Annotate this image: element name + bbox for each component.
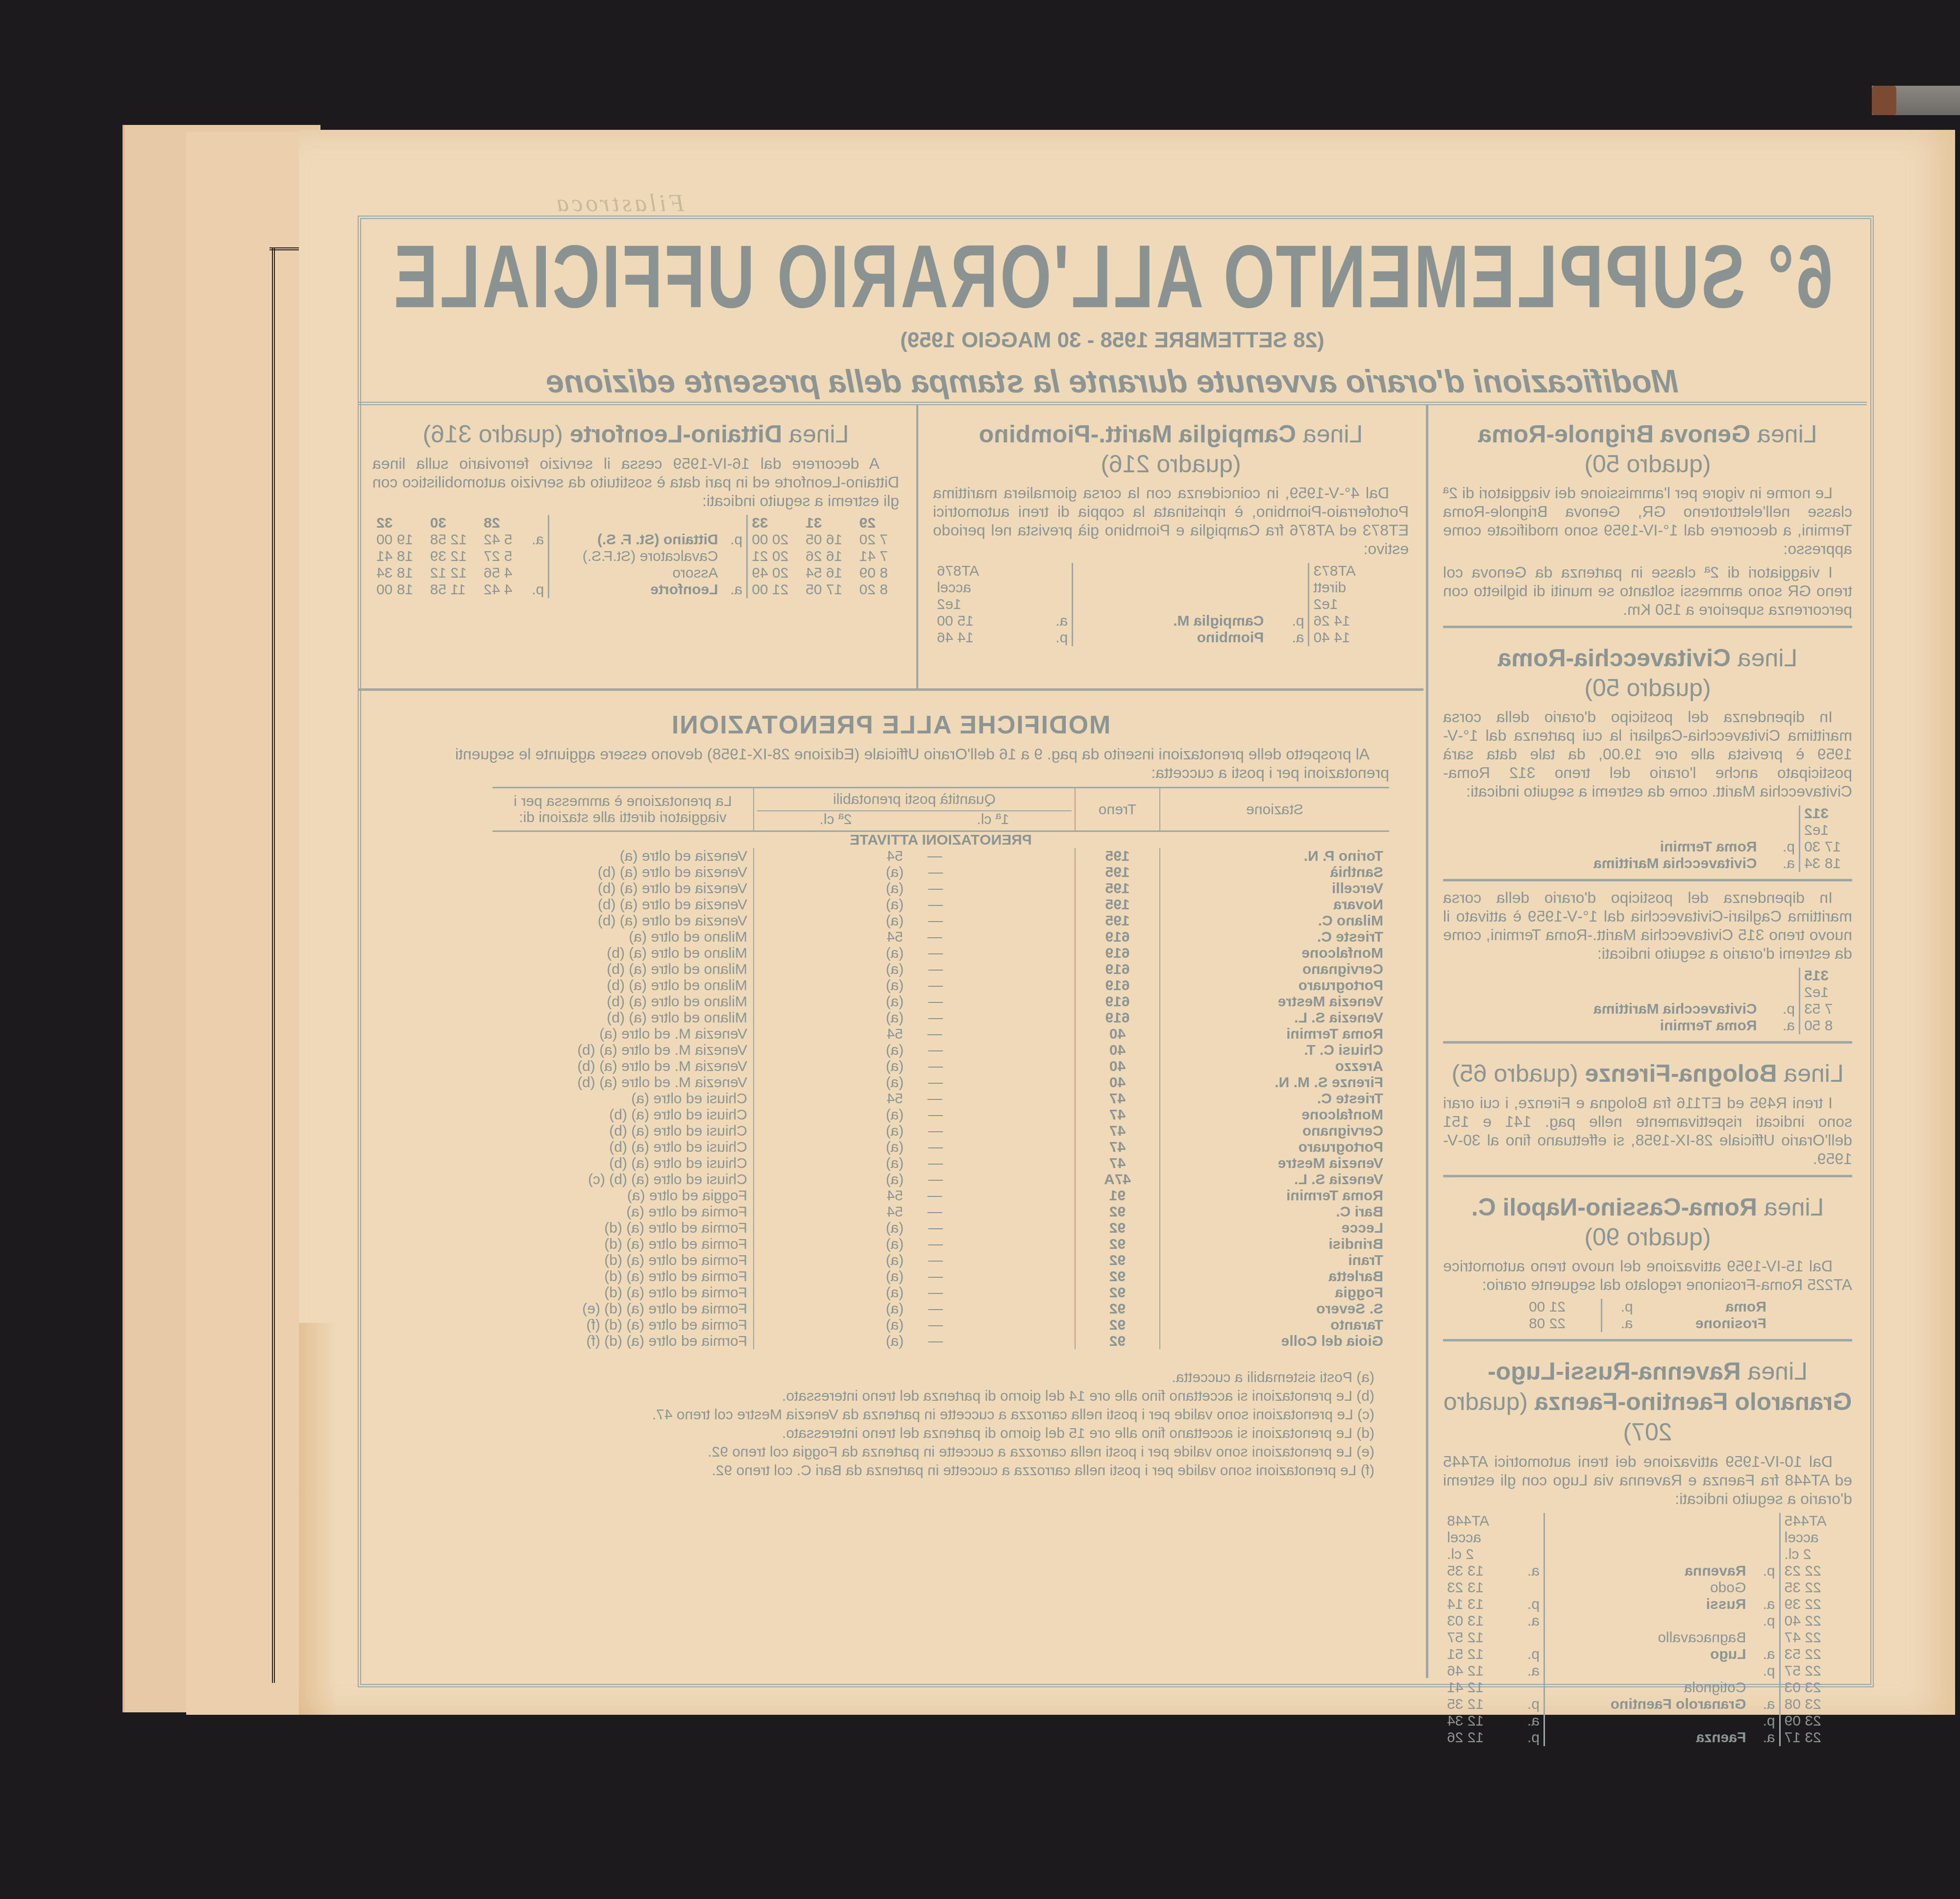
cell-train: 195 xyxy=(1075,913,1160,929)
paragraph: In dipendenza del posticipo d'orario del… xyxy=(1443,707,1852,801)
cell-station: Novara xyxy=(1160,897,1389,913)
cell-2nd-class: (a) xyxy=(886,1171,904,1188)
cell-destination: Venezia M. ed oltre (a) xyxy=(492,1026,754,1042)
cell-train: 47 xyxy=(1075,1107,1160,1123)
quadro-label: (quadro 50) xyxy=(1443,673,1852,703)
page-subtitle: Modificazioni d'orario avvenute durante … xyxy=(358,363,1867,400)
table-row: Torino P. N. 195 — 54 Venezia ed oltre (… xyxy=(492,848,1389,864)
cell-1st-class: — xyxy=(928,1091,942,1107)
cell-2nd-class: (a) xyxy=(886,1058,904,1074)
cell-2nd-class: 54 xyxy=(886,1188,903,1204)
quadro-label: (quadro 50) xyxy=(1443,449,1852,479)
cell-station: Cervignano xyxy=(1160,961,1389,977)
table-row: Cervignano 47 — (a) Chiusi ed oltre (a) … xyxy=(492,1123,1389,1139)
table-row: Trieste C. 619 — 54 Milano ed oltre (a) xyxy=(492,929,1389,945)
footnote: (a) Posti sistemabili a cuccetta. xyxy=(392,1369,1389,1387)
book-tab xyxy=(1872,86,1896,115)
cell-2nd-class: (a) xyxy=(886,1010,904,1026)
cell-1st-class: — xyxy=(928,994,943,1010)
section-heading-civitavecchia: Linea Civitavecchia-Roma xyxy=(1443,643,1852,673)
cell-destination: Formia ed oltre (a) (d) (f) xyxy=(492,1317,754,1333)
cell-station: Foggia xyxy=(1160,1285,1389,1301)
table-row: 22 35Godo13 23 xyxy=(1443,1580,1852,1596)
cell-station: Vercelli xyxy=(1160,880,1389,897)
table-row: 8 0916 5420 49Assoro4 5612 1218 34 xyxy=(372,565,899,582)
cell-station: Arezzo xyxy=(1160,1058,1389,1074)
cell-destination: Milano ed oltre (a) (b) xyxy=(492,994,754,1010)
footnote: (c) Le prenotazioni sono valide per i po… xyxy=(392,1406,1389,1424)
table-row: 22 53a.Lugop.12 51 xyxy=(1443,1646,1852,1663)
cell-1st-class: — xyxy=(928,1107,943,1123)
cell-train: 195 xyxy=(1075,897,1160,913)
cell-station: Brindisi xyxy=(1160,1236,1389,1252)
table-row: 14 26p.Campiglia M.a.15 00 xyxy=(933,613,1409,630)
cell-1st-class: — xyxy=(928,880,943,897)
cell-1st-class: — xyxy=(928,1010,943,1026)
cell-destination: Venezia M. ed oltre (a) (b) xyxy=(492,1074,754,1091)
cell-train: 195 xyxy=(1075,848,1160,864)
footnote: (b) Le prenotazioni si accettano fino al… xyxy=(392,1388,1389,1405)
cell-1st-class: — xyxy=(928,1058,943,1074)
cell-destination: Milano ed oltre (a) (b) xyxy=(492,1010,754,1026)
footnote: (e) Le prenotazioni sono valide per i po… xyxy=(392,1443,1389,1461)
page-title: 6° SUPPLEMENTO ALL'ORARIO UFFICIALE xyxy=(358,227,1867,327)
cell-destination: Formia ed oltre (a) (d) xyxy=(492,1252,754,1268)
cell-station: Torino P. N. xyxy=(1160,848,1389,864)
cell-destination: Venezia ed oltre (a) (b) xyxy=(492,864,754,880)
cell-station: Lecce xyxy=(1160,1220,1389,1236)
cell-station: Firenze S. M. N. xyxy=(1160,1074,1389,1091)
cell-2nd-class: 54 xyxy=(886,1026,903,1042)
col-header-station: Stazione xyxy=(1160,788,1389,831)
cell-destination: Formia ed oltre (a) (d) xyxy=(492,1285,754,1301)
cell-destination: Milano ed oltre (a) xyxy=(492,929,754,945)
cell-1st-class: — xyxy=(928,1123,943,1139)
table-row: Santhià 195 — (a) Venezia ed oltre (a) (… xyxy=(492,864,1389,880)
cell-2nd-class: 54 xyxy=(886,929,903,945)
cell-1st-class: — xyxy=(928,1285,943,1301)
table-row: Lecce 92 — (a) Formia ed oltre (a) (d) xyxy=(492,1220,1389,1236)
cell-1st-class: — xyxy=(928,1042,943,1058)
cell-1st-class: — xyxy=(928,945,943,961)
cell-train: 92 xyxy=(1075,1252,1160,1268)
book-page-edges xyxy=(1872,86,1960,115)
cell-station: Venezia S. L. xyxy=(1160,1010,1389,1026)
cell-destination: Venezia ed oltre (a) (b) xyxy=(492,880,754,897)
cell-station: Barletta xyxy=(1160,1268,1389,1285)
cell-2nd-class: (a) xyxy=(886,1123,904,1139)
section-heading-roma-cassino: Linea Roma-Cassino-Napoli C. xyxy=(1443,1192,1852,1222)
cell-train: 92 xyxy=(1075,1220,1160,1236)
cell-1st-class: — xyxy=(928,1188,942,1204)
cell-train: 92 xyxy=(1075,1236,1160,1252)
cell-station: S. Severo xyxy=(1160,1301,1389,1317)
column-campiglia: Linea Campiglia Maritt.-Piombino (quadro… xyxy=(916,404,1423,688)
cell-2nd-class: (a) xyxy=(886,1301,904,1317)
pencil-note: Filastroca xyxy=(554,189,684,217)
table-row: Gioia del Colle 92 — (a) Formia ed oltre… xyxy=(492,1333,1389,1349)
cell-train: 92 xyxy=(1075,1204,1160,1220)
cell-station: Trani xyxy=(1160,1252,1389,1268)
cell-2nd-class: 54 xyxy=(886,848,903,864)
table-row: 22 47Bagnacavallo12 57 xyxy=(1443,1630,1852,1646)
table-row: 23 03Cotignola12 41 xyxy=(1443,1680,1852,1696)
cell-station: Venezia Mestre xyxy=(1160,994,1389,1010)
cell-train: 91 xyxy=(1075,1188,1160,1204)
column-dittaino: Linea Dittaino-Leonforte (quadro 316) A … xyxy=(358,404,914,688)
table-row: 22 23p.Ravennaa.13 35 xyxy=(1443,1563,1852,1580)
cell-train: 619 xyxy=(1075,929,1160,945)
timetable-dittaino: 293133283032 7 2016 0520 00p.Dittaino (S… xyxy=(372,515,899,598)
reservations-title: MODIFICHE ALLE PRENOTAZIONI xyxy=(372,710,1409,740)
table-row: Trieste C. 47 — 54 Chiusi ed oltre (a) xyxy=(492,1091,1389,1107)
cell-station: Chiusi C. T. xyxy=(1160,1042,1389,1058)
cell-train: 47 xyxy=(1075,1139,1160,1155)
table-row: Venezia Mestre 619 — (a) Milano ed oltre… xyxy=(492,994,1389,1010)
table-row: 22 57p.a.12 46 xyxy=(1443,1663,1852,1680)
quadro-label: (quadro 216) xyxy=(933,449,1409,479)
cell-2nd-class: (a) xyxy=(886,864,904,880)
table-row: 23 09p.a.12 34 xyxy=(1443,1713,1852,1729)
cell-destination: Formia ed oltre (a) xyxy=(492,1204,754,1220)
cell-1st-class: — xyxy=(928,1139,943,1155)
cell-station: Santhià xyxy=(1160,864,1389,880)
table-row: 23 17a.Faenzap.12 26 xyxy=(1443,1729,1852,1746)
cell-1st-class: — xyxy=(928,929,942,945)
cell-1st-class: — xyxy=(928,913,943,929)
cell-2nd-class: (a) xyxy=(886,880,904,897)
table-row: 14 40a.Piombinop.14 46 xyxy=(933,630,1409,646)
table-row: Taranto 92 — (a) Formia ed oltre (a) (d)… xyxy=(492,1317,1389,1333)
table-row: 7 2016 0520 00p.Dittaino (St. F. S.)a.5 … xyxy=(372,532,899,548)
paragraph: Dal 4°-V-1959, in coincidenza con la cor… xyxy=(933,484,1409,558)
col-header-qty: Quantità posti prenotabili1ª cl.2ª cl. xyxy=(754,788,1075,831)
cell-station: Trieste C. xyxy=(1160,929,1389,945)
cell-destination: Venezia ed oltre (a) xyxy=(492,848,754,864)
cell-train: 619 xyxy=(1075,977,1160,994)
cell-station: Venezia Mestre xyxy=(1160,1155,1389,1171)
cell-station: Bari C. xyxy=(1160,1204,1389,1220)
table-row: Novara 195 — (a) Venezia ed oltre (a) (b… xyxy=(492,897,1389,913)
paper-stain xyxy=(299,1323,338,1715)
cell-2nd-class: (a) xyxy=(886,1074,904,1091)
cell-destination: Chiusi ed oltre (a) xyxy=(492,1091,754,1107)
cell-station: Gioia del Colle xyxy=(1160,1333,1389,1349)
section-heading-campiglia: Linea Campiglia Maritt.-Piombino xyxy=(933,419,1409,449)
reservations-table: Stazione Treno Quantità posti prenotabil… xyxy=(492,787,1389,1349)
cell-station: Monfalcone xyxy=(1160,945,1389,961)
cell-destination: Venezia M. ed oltre (a) (b) xyxy=(492,1042,754,1058)
printed-rule-vertical xyxy=(272,247,283,1683)
cell-2nd-class: 54 xyxy=(886,1091,903,1107)
cell-train: 619 xyxy=(1075,1010,1160,1026)
cell-1st-class: — xyxy=(928,864,943,880)
cell-train: 47A xyxy=(1075,1171,1160,1188)
cell-station: Taranto xyxy=(1160,1317,1389,1333)
cell-train: 47 xyxy=(1075,1155,1160,1171)
table-row: Bari C. 92 — 54 Formia ed oltre (a) xyxy=(492,1204,1389,1220)
cell-2nd-class: (a) xyxy=(886,1155,904,1171)
cell-1st-class: — xyxy=(928,1268,943,1285)
paragraph: In dipendenza del posticipo d'orario del… xyxy=(1443,888,1852,963)
cell-destination: Formia ed oltre (a) (d) (f) xyxy=(492,1333,754,1349)
section-heading-bologna: Linea Bologna-Firenze (quadro 65) xyxy=(1443,1058,1852,1089)
table-row: Roma Termini 91 — 54 Foggia ed oltre (a) xyxy=(492,1188,1389,1204)
cell-1st-class: — xyxy=(928,1204,942,1220)
table-row: 22 40p.a.13 03 xyxy=(1443,1613,1852,1630)
table-row: Vercelli 195 — (a) Venezia ed oltre (a) … xyxy=(492,880,1389,897)
table-row: Arezzo 40 — (a) Venezia M. ed oltre (a) … xyxy=(492,1058,1389,1074)
cell-1st-class: — xyxy=(928,1252,943,1268)
cell-1st-class: — xyxy=(928,1155,943,1171)
cell-destination: Chiusi ed oltre (a) (b) (c) xyxy=(492,1171,754,1188)
paragraph: Dal 10-IV-1959 attivazione dei treni aut… xyxy=(1443,1452,1852,1508)
cell-2nd-class: (a) xyxy=(886,1333,904,1349)
cell-2nd-class: (a) xyxy=(886,1107,904,1123)
table-row: 7 4116 2620 21Cavalcatore (St.F.S.)5 271… xyxy=(372,548,899,565)
divider xyxy=(1443,1041,1852,1044)
cell-station: Roma Termini xyxy=(1160,1188,1389,1204)
cell-station: Monfalcone xyxy=(1160,1107,1389,1123)
cell-train: 47 xyxy=(1075,1123,1160,1139)
table-row: Portogruaro 619 — (a) Milano ed oltre (a… xyxy=(492,977,1389,994)
cell-destination: Venezia ed oltre (a) (b) xyxy=(492,897,754,913)
paragraph: I treni R495 ed ET116 fra Bologna e Fire… xyxy=(1443,1094,1852,1168)
cell-train: 92 xyxy=(1075,1285,1160,1301)
table-row: Venezia S. L. 619 — (a) Milano ed oltre … xyxy=(492,1010,1389,1026)
table-row: Venezia S. L. 47A — (a) Chiusi ed oltre … xyxy=(492,1171,1389,1188)
cell-2nd-class: (a) xyxy=(886,977,904,994)
cell-train: 40 xyxy=(1075,1042,1160,1058)
cell-train: 40 xyxy=(1075,1026,1160,1042)
cell-2nd-class: (a) xyxy=(886,1236,904,1252)
cell-1st-class: — xyxy=(928,848,942,864)
quadro-label: (quadro 90) xyxy=(1443,1222,1852,1252)
cell-station: Trieste C. xyxy=(1160,1091,1389,1107)
table-row: Trani 92 — (a) Formia ed oltre (a) (d) xyxy=(492,1252,1389,1268)
cell-train: 619 xyxy=(1075,945,1160,961)
cell-destination: Foggia ed oltre (a) xyxy=(492,1188,754,1204)
table-row: Portogruaro 47 — (a) Chiusi ed oltre (a)… xyxy=(492,1139,1389,1155)
cell-2nd-class: (a) xyxy=(886,1285,904,1301)
cell-station: Cervignano xyxy=(1160,1123,1389,1139)
table-row: Brindisi 92 — (a) Formia ed oltre (a) (d… xyxy=(492,1236,1389,1252)
cell-train: 47 xyxy=(1075,1091,1160,1107)
cell-train: 40 xyxy=(1075,1074,1160,1091)
footnotes: (a) Posti sistemabili a cuccetta.(b) Le … xyxy=(392,1369,1389,1480)
table-row: 23 08a.Granarolo Faentinop.12 35 xyxy=(1443,1696,1852,1713)
cell-destination: Milano ed oltre (a) (b) xyxy=(492,945,754,961)
divider xyxy=(1443,626,1852,628)
cell-destination: Formia ed oltre (a) (d) xyxy=(492,1236,754,1252)
cell-1st-class: — xyxy=(928,1026,942,1042)
footnote: (f) Le prenotazioni sono valide per i po… xyxy=(392,1462,1389,1480)
divider xyxy=(1443,879,1852,881)
cell-2nd-class: (a) xyxy=(886,1268,904,1285)
divider xyxy=(1443,1339,1852,1341)
cell-2nd-class: (a) xyxy=(886,1042,904,1058)
footnote: (d) Le prenotazioni si accettano fino al… xyxy=(392,1425,1389,1442)
cell-destination: Chiusi ed oltre (a) (b) xyxy=(492,1107,754,1123)
cell-station: Portogruaro xyxy=(1160,1139,1389,1155)
table-row: Monfalcone 619 — (a) Milano ed oltre (a)… xyxy=(492,945,1389,961)
cell-1st-class: — xyxy=(928,1236,943,1252)
cell-1st-class: — xyxy=(928,977,943,994)
cell-2nd-class: 54 xyxy=(886,1204,903,1220)
cell-station: Milano C. xyxy=(1160,913,1389,929)
paragraph: Le norme in vigore per l'ammissione dei … xyxy=(1443,484,1852,558)
cell-destination: Chiusi ed oltre (a) (b) xyxy=(492,1139,754,1155)
page-header: 6° SUPPLEMENTO ALL'ORARIO UFFICIALE (28 … xyxy=(358,216,1867,405)
table-row: Milano C. 195 — (a) Venezia ed oltre (a)… xyxy=(492,913,1389,929)
column-lines: Linea Genova Brignole-Roma (quadro 50) L… xyxy=(1426,404,1867,1678)
cell-1st-class: — xyxy=(928,897,943,913)
cell-2nd-class: (a) xyxy=(886,994,904,1010)
section-heading-ravenna: Linea Ravenna-Russi-Lugo-Granarolo Faent… xyxy=(1443,1356,1852,1447)
cell-train: 619 xyxy=(1075,994,1160,1010)
table-row: Chiusi C. T. 40 — (a) Venezia M. ed oltr… xyxy=(492,1042,1389,1058)
cell-train: 92 xyxy=(1075,1268,1160,1285)
cell-1st-class: — xyxy=(928,1333,943,1349)
cell-1st-class: — xyxy=(928,961,943,977)
cell-train: 195 xyxy=(1075,864,1160,880)
cell-1st-class: — xyxy=(928,1317,943,1333)
paragraph: Dal 15-IV-1959 attivazione del nuovo tre… xyxy=(1443,1257,1852,1294)
cell-train: 619 xyxy=(1075,961,1160,977)
mirrored-showthrough-content: 6° SUPPLEMENTO ALL'ORARIO UFFICIALE (28 … xyxy=(358,216,1867,1680)
reservations-subtitle: PRENOTAZIONI ATTIVATE xyxy=(492,831,1389,849)
cell-destination: Venezia M. ed oltre (a) (b) xyxy=(492,1058,754,1074)
table-row: 8 2017 0521 00a.Leonfortep.4 4211 5818 0… xyxy=(372,582,899,598)
section-heading-dittaino: Linea Dittaino-Leonforte (quadro 316) xyxy=(372,419,899,449)
cell-1st-class: — xyxy=(928,1301,943,1317)
cell-2nd-class: (a) xyxy=(886,913,904,929)
cell-1st-class: — xyxy=(928,1220,943,1236)
timetable-ravenna-faenza: AT445AT448 accelaccel 2 cl.2 cl. 22 23p.… xyxy=(1443,1513,1852,1746)
reservations-intro: Al prospetto delle prenotazioni inserito… xyxy=(392,745,1389,782)
cell-1st-class: — xyxy=(928,1171,943,1188)
cell-destination: Venezia ed oltre (a) (b) xyxy=(492,913,754,929)
cell-2nd-class: (a) xyxy=(886,1220,904,1236)
cell-destination: Chiusi ed oltre (a) (b) xyxy=(492,1155,754,1171)
cell-2nd-class: (a) xyxy=(886,897,904,913)
section-heading-genova: Linea Genova Brignole-Roma xyxy=(1443,419,1852,449)
cell-destination: Chiusi ed oltre (a) (b) xyxy=(492,1123,754,1139)
table-row: Firenze S. M. N. 40 — (a) Venezia M. ed … xyxy=(492,1074,1389,1091)
cell-2nd-class: (a) xyxy=(886,961,904,977)
table-row: Cervignano 619 — (a) Milano ed oltre (a)… xyxy=(492,961,1389,977)
cell-destination: Formia ed oltre (a) (d) xyxy=(492,1220,754,1236)
table-row: Venezia Mestre 47 — (a) Chiusi ed oltre … xyxy=(492,1155,1389,1171)
table-row: 22 39a.Russip.13 14 xyxy=(1443,1596,1852,1613)
col-header-train: Treno xyxy=(1075,788,1160,831)
col-header-destination: La prenotazione è ammessa per i viaggiat… xyxy=(492,788,754,831)
cell-2nd-class: (a) xyxy=(886,945,904,961)
cell-2nd-class: (a) xyxy=(886,1139,904,1155)
table-row: Foggia 92 — (a) Formia ed oltre (a) (d) xyxy=(492,1285,1389,1301)
cell-destination: Formia ed oltre (a) (d) xyxy=(492,1268,754,1285)
table-row: S. Severo 92 — (a) Formia ed oltre (a) (… xyxy=(492,1301,1389,1317)
cell-train: 92 xyxy=(1075,1333,1160,1349)
cell-destination: Milano ed oltre (a) (b) xyxy=(492,977,754,994)
paragraph: I viaggiatori di 2ª classe in partenza d… xyxy=(1443,563,1852,619)
cell-2nd-class: (a) xyxy=(886,1317,904,1333)
cell-destination: Milano ed oltre (a) (b) xyxy=(492,961,754,977)
cell-station: Portogruaro xyxy=(1160,977,1389,994)
cell-1st-class: — xyxy=(928,1074,943,1091)
cell-train: 40 xyxy=(1075,1058,1160,1074)
timetable-315: 315 1e2 7 53p.Civitavecchia Marittima 8 … xyxy=(1443,968,1852,1034)
paragraph: A decorrere dal 16-IV-1959 cessa il serv… xyxy=(372,454,899,510)
validity-dates: (28 SETTEMBRE 1958 - 30 MAGGIO 1959) xyxy=(358,328,1867,353)
reservations-section: MODIFICHE ALLE PRENOTAZIONI Al prospetto… xyxy=(358,688,1423,1680)
cell-train: 92 xyxy=(1075,1301,1160,1317)
cell-train: 92 xyxy=(1075,1317,1160,1333)
table-row: Barletta 92 — (a) Formia ed oltre (a) (d… xyxy=(492,1268,1389,1285)
timetable-312: 312 1e2 17 30p.Roma Termini 18 34a.Civit… xyxy=(1443,805,1852,872)
cell-destination: Formia ed oltre (a) (d) (e) xyxy=(492,1301,754,1317)
timetable-campiglia: AT873AT876 direttaccel 1e21e2 14 26p.Cam… xyxy=(933,563,1409,646)
cell-train: 195 xyxy=(1075,880,1160,897)
divider xyxy=(1443,1175,1852,1177)
table-row: Roma Termini 40 — 54 Venezia M. ed oltre… xyxy=(492,1026,1389,1042)
cell-2nd-class: (a) xyxy=(886,1252,904,1268)
cell-station: Roma Termini xyxy=(1160,1026,1389,1042)
table-row: Monfalcone 47 — (a) Chiusi ed oltre (a) … xyxy=(492,1107,1389,1123)
timetable-at225: Romap.21 00 Frosinonea.22 08 xyxy=(1525,1299,1770,1332)
cell-station: Venezia S. L. xyxy=(1160,1171,1389,1188)
